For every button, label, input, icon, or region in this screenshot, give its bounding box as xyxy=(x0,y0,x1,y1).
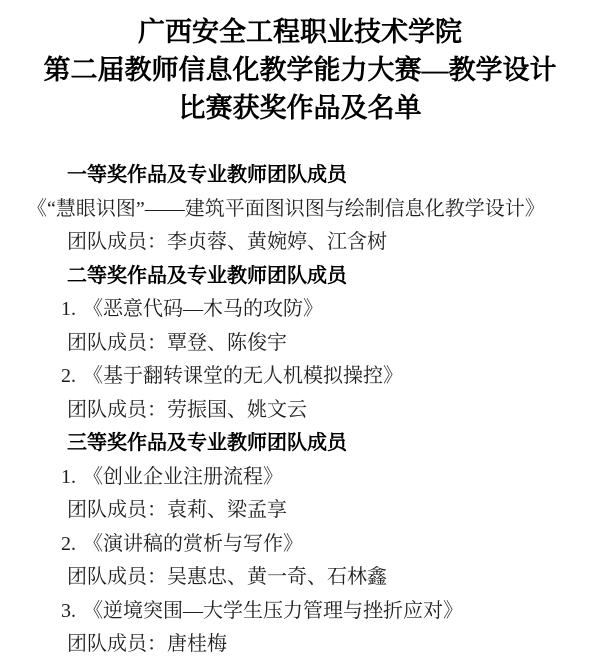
section-heading-second-prize: 二等奖作品及专业教师团队成员 xyxy=(0,260,600,294)
work-title: 《演讲稿的赏析与写作》 xyxy=(83,533,303,555)
work-number: 1. xyxy=(61,466,76,488)
team-members-line: 团队成员：李贞蓉、黄婉婷、江含树 xyxy=(0,226,600,260)
document-title: 广西安全工程职业技术学院 第二届教师信息化教学能力大赛—教学设计 比赛获奖作品及… xyxy=(0,0,600,127)
work-number: 1. xyxy=(61,298,76,320)
team-members-label: 团队成员： xyxy=(67,332,167,354)
team-members-names: 覃登、陈俊宇 xyxy=(167,332,287,354)
team-members-line: 团队成员：袁莉、梁孟享 xyxy=(0,494,600,528)
work-number: 3. xyxy=(61,600,76,622)
work-entry: 1.《恶意代码—木马的攻防》 xyxy=(0,293,600,327)
document-body: 一等奖作品及专业教师团队成员 《“慧眼识图”——建筑平面图识图与绘制信息化教学设… xyxy=(0,159,600,662)
team-members-label: 团队成员： xyxy=(67,633,167,655)
team-members-names: 劳振国、姚文云 xyxy=(167,399,307,421)
team-members-line: 团队成员：唐桂梅 xyxy=(0,628,600,662)
team-members-line: 团队成员：覃登、陈俊宇 xyxy=(0,327,600,361)
team-members-line: 团队成员：吴惠忠、黄一奇、石林鑫 xyxy=(0,561,600,595)
team-members-label: 团队成员： xyxy=(67,231,167,253)
work-entry: 2.《基于翻转课堂的无人机模拟操控》 xyxy=(0,360,600,394)
work-title: 《逆境突围—大学生压力管理与挫折应对》 xyxy=(83,600,463,622)
team-members-names: 李贞蓉、黄婉婷、江含树 xyxy=(167,231,387,253)
work-number: 2. xyxy=(61,365,76,387)
work-title: 《基于翻转课堂的无人机模拟操控》 xyxy=(83,365,403,387)
work-entry: 1.《创业企业注册流程》 xyxy=(0,461,600,495)
team-members-names: 唐桂梅 xyxy=(167,633,227,655)
work-entry: 3.《逆境突围—大学生压力管理与挫折应对》 xyxy=(0,595,600,629)
team-members-label: 团队成员： xyxy=(67,499,167,521)
work-number: 2. xyxy=(61,533,76,555)
work-title: 《恶意代码—木马的攻防》 xyxy=(83,298,323,320)
title-line-contest: 第二届教师信息化教学能力大赛—教学设计 xyxy=(0,51,600,89)
team-members-names: 吴惠忠、黄一奇、石林鑫 xyxy=(167,566,387,588)
document-page: 广西安全工程职业技术学院 第二届教师信息化教学能力大赛—教学设计 比赛获奖作品及… xyxy=(0,0,600,667)
team-members-names: 袁莉、梁孟享 xyxy=(167,499,287,521)
team-members-line: 团队成员：劳振国、姚文云 xyxy=(0,394,600,428)
section-heading-first-prize: 一等奖作品及专业教师团队成员 xyxy=(0,159,600,193)
work-entry: 2.《演讲稿的赏析与写作》 xyxy=(0,528,600,562)
team-members-label: 团队成员： xyxy=(67,399,167,421)
work-title: 《“慧眼识图”——建筑平面图识图与绘制信息化教学设计》 xyxy=(27,198,545,220)
work-title: 《创业企业注册流程》 xyxy=(83,466,283,488)
section-heading-third-prize: 三等奖作品及专业教师团队成员 xyxy=(0,427,600,461)
title-line-subject: 比赛获奖作品及名单 xyxy=(0,89,600,127)
team-members-label: 团队成员： xyxy=(67,566,167,588)
title-line-school: 广西安全工程职业技术学院 xyxy=(0,13,600,51)
work-entry: 《“慧眼识图”——建筑平面图识图与绘制信息化教学设计》 xyxy=(0,193,600,227)
